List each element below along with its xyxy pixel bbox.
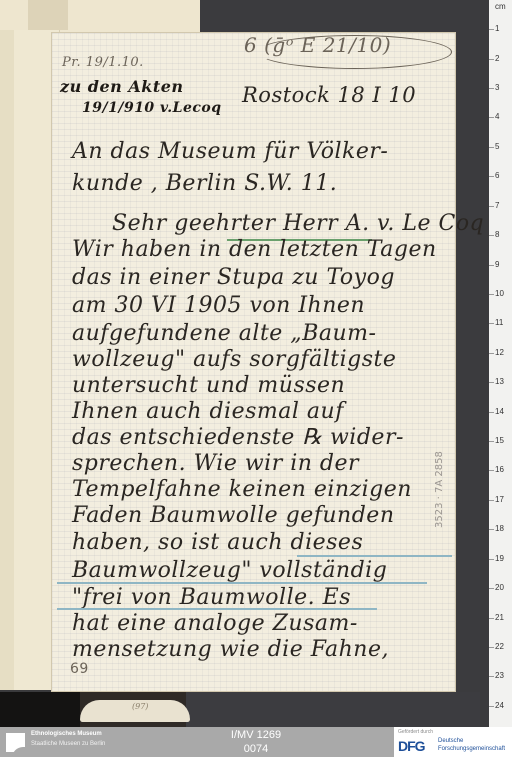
ruler-mark: 8 xyxy=(495,230,499,239)
ruler-tick xyxy=(489,176,494,177)
ruler-tick xyxy=(489,676,494,677)
ruler-mark: 12 xyxy=(495,348,504,357)
ruler-tick xyxy=(489,353,494,354)
ruler-mark: 16 xyxy=(495,465,504,474)
ruler-mark: 21 xyxy=(495,613,504,622)
ruler-mark: 11 xyxy=(495,318,503,327)
ruler-tick xyxy=(489,559,494,560)
ruler-tick xyxy=(489,412,494,413)
ruler-tick xyxy=(489,265,494,266)
letter-line: An das Museum für Völker- xyxy=(72,139,388,164)
ruler-tick xyxy=(489,382,494,383)
ruler-tick xyxy=(489,500,494,501)
ruler-tick xyxy=(489,323,494,324)
letter-line: das in einer Stupa zu Toyog xyxy=(72,265,395,290)
back-page-top xyxy=(0,0,200,34)
letter-line: kunde , Berlin S.W. 11. xyxy=(72,171,337,196)
ruler-mark: 23 xyxy=(495,671,504,680)
letter-line: "frei von Baumwolle. Es xyxy=(72,585,351,610)
ruler-mark: 4 xyxy=(495,112,499,121)
back-page-strip xyxy=(0,30,14,690)
shadow-corner xyxy=(0,692,80,727)
letter-line: Ihnen auch diesmal auf xyxy=(72,399,344,424)
ruler-tick xyxy=(489,117,494,118)
page-fold xyxy=(28,0,68,30)
letter-line: Wir haben in den letzten Tagen xyxy=(72,237,437,262)
inventory-stamp: 3523 · 7A 2858 xyxy=(434,451,445,528)
ruler-mark: 5 xyxy=(495,142,499,151)
ruler-mark: 19 xyxy=(495,554,504,563)
ruler-mark: 7 xyxy=(495,201,499,210)
letter-line: hat eine analoge Zusam- xyxy=(72,611,358,636)
footer-bar: Ethnologisches Museum Staatliche Museen … xyxy=(0,727,512,757)
ruler-tick xyxy=(489,235,494,236)
curled-page-note: (97) xyxy=(132,702,148,711)
ruler-mark: 2 xyxy=(495,54,499,63)
letter-line: wollzeug" aufs sorgfältigste xyxy=(72,347,396,372)
ruler-tick xyxy=(489,29,494,30)
ruler-mark: 18 xyxy=(495,524,504,533)
letter-line: Tempelfahne keinen einzigen xyxy=(72,477,412,502)
funder-label: Gefördert durch xyxy=(398,729,433,735)
letter-line: aufgefundene alte „Baum- xyxy=(72,321,376,346)
blue-underline xyxy=(57,582,427,584)
letter-line: haben, so ist auch dieses xyxy=(72,530,363,555)
place-date: Rostock 18 I 10 xyxy=(242,83,416,107)
reference-number: 6 (ḡᵒ E 21/10) xyxy=(244,33,391,57)
pencil-receipt-note: Pr. 19/1.10. xyxy=(62,55,144,70)
dfg-logo-icon: DFG xyxy=(398,738,425,754)
letter-line: Faden Baumwolle gefunden xyxy=(72,503,394,528)
letter-line: am 30 VI 1905 von Ihnen xyxy=(72,293,365,318)
ruler-tick xyxy=(489,206,494,207)
ruler-tick xyxy=(489,618,494,619)
ruler-mark: 15 xyxy=(495,436,504,445)
letter-line: das entschiedenste ℞ wider- xyxy=(72,425,404,450)
letter-line: mensetzung wie die Fahne, xyxy=(72,637,389,662)
ruler-mark: 24 xyxy=(495,701,504,710)
letter-line: sprechen. Wie wir in der xyxy=(72,451,359,476)
document-scan: (97) Pr. 19/1.10. zu den Akten 19/1/910 … xyxy=(0,0,512,727)
handwritten-letter: Pr. 19/1.10. zu den Akten 19/1/910 v.Lec… xyxy=(52,33,455,691)
ruler-mark: 20 xyxy=(495,583,504,592)
background-board-bottom xyxy=(186,692,480,727)
ruler-mark: 9 xyxy=(495,260,499,269)
ruler-mark: 14 xyxy=(495,407,504,416)
centimeter-ruler: cm 1 2 3 4 5 6 7 8 9 10 11 12 13 14 15 1… xyxy=(489,0,512,727)
ruler-tick xyxy=(489,147,494,148)
funder-name-line2: Forschungsgemeinschaft xyxy=(438,746,505,752)
ruler-tick xyxy=(489,529,494,530)
ruler-tick xyxy=(489,706,494,707)
ink-filing-note-date: 19/1/910 v.Lecoq xyxy=(82,100,222,116)
ruler-mark: 10 xyxy=(495,289,504,298)
ruler-mark: 1 xyxy=(495,24,499,33)
blue-underline xyxy=(297,555,452,557)
ruler-mark: 13 xyxy=(495,377,504,386)
ruler-tick xyxy=(489,294,494,295)
ruler-tick xyxy=(489,88,494,89)
funder-name-line1: Deutsche xyxy=(438,738,463,744)
letter-line: Baumwollzeug" vollständig xyxy=(72,558,387,583)
folio-number: 69 xyxy=(70,661,89,677)
ruler-tick xyxy=(489,441,494,442)
blue-underline xyxy=(57,608,377,610)
ink-filing-note: zu den Akten xyxy=(60,77,184,96)
ruler-tick xyxy=(489,470,494,471)
ruler-mark: 17 xyxy=(495,495,504,504)
ruler-tick xyxy=(489,59,494,60)
ruler-mark: 3 xyxy=(495,83,499,92)
funder-block: Gefördert durch DFG Deutsche Forschungsg… xyxy=(394,727,512,757)
letter-line: untersucht und müssen xyxy=(72,373,345,398)
ruler-tick xyxy=(489,647,494,648)
ruler-unit: cm xyxy=(495,2,506,11)
ruler-mark: 6 xyxy=(495,171,499,180)
ruler-tick xyxy=(489,588,494,589)
ruler-mark: 22 xyxy=(495,642,504,651)
salutation: Sehr geehrter Herr A. v. Le Coq ! xyxy=(112,211,501,236)
